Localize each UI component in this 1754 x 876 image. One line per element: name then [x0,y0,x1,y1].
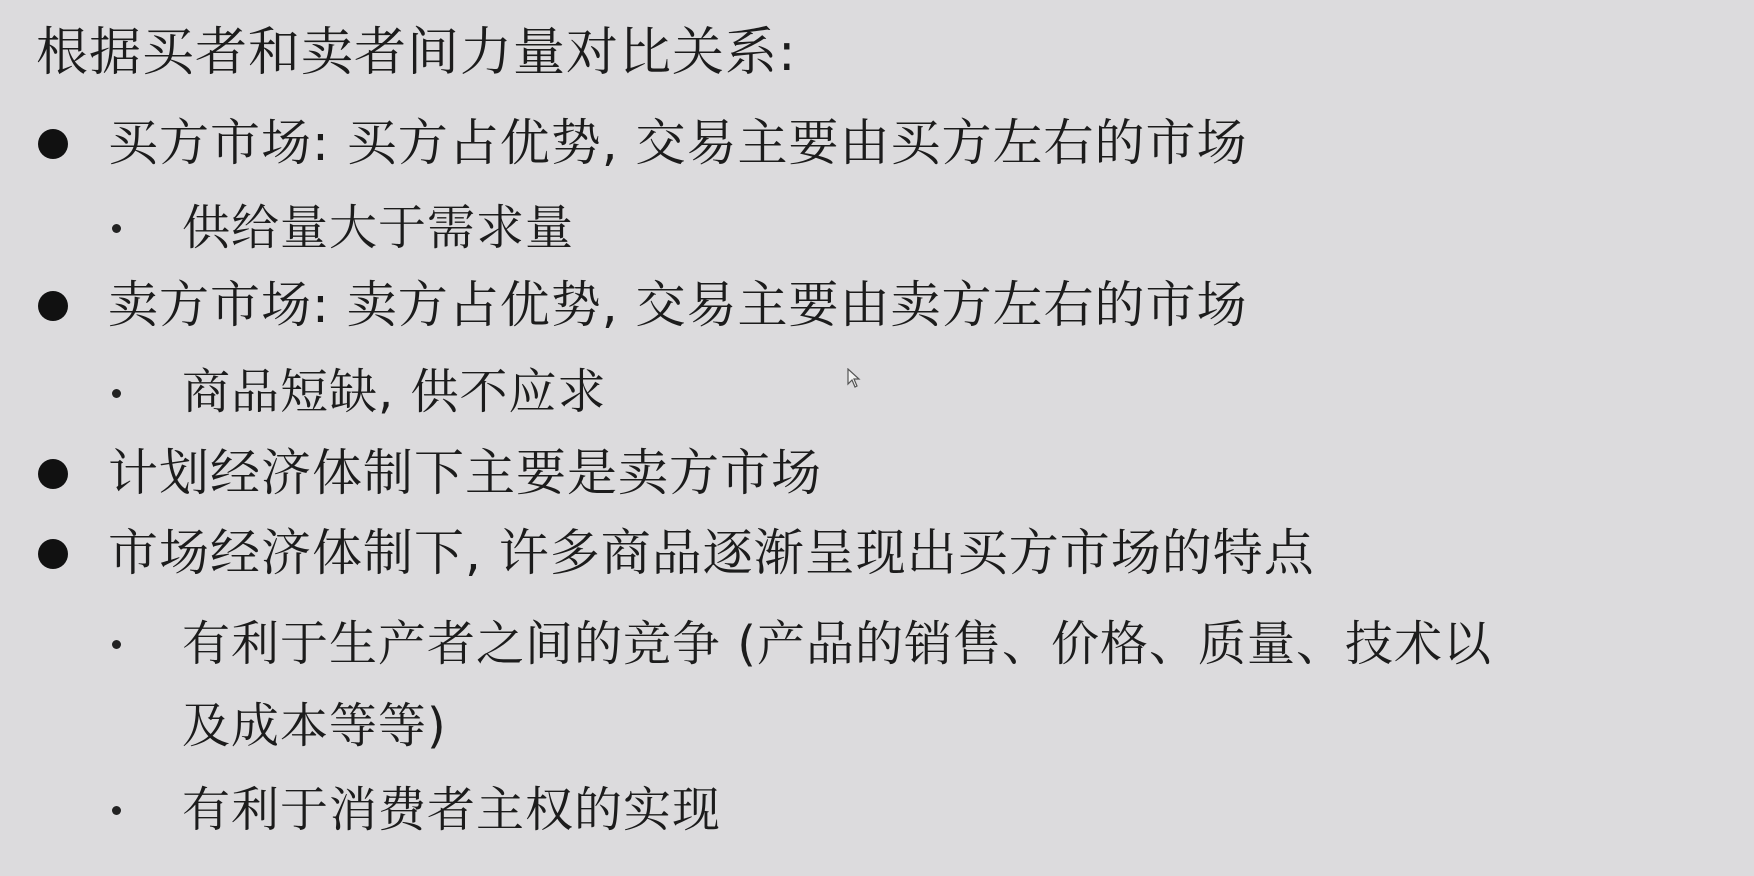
mouse-pointer-icon [847,368,861,388]
list-item: 计划经济体制下主要是卖方市场 [108,440,822,506]
sub-bullet-icon [112,806,121,815]
bullet-icon [38,459,68,489]
sub-list-item: 有利于生产者之间的竞争 (产品的销售、价格、质量、技术以 [182,612,1492,676]
sub-bullet-icon [112,640,121,649]
sub-bullet-icon [112,389,121,398]
list-item: 卖方市场: 卖方占优势, 交易主要由卖方左右的市场 [108,272,1248,338]
sub-list-item-continuation: 及成本等等) [182,694,447,758]
sub-bullet-icon [112,224,121,233]
slide-heading: 根据买者和卖者间力量对比关系: [36,18,797,88]
sub-list-item: 商品短缺, 供不应求 [182,360,607,424]
sub-list-item: 有利于消费者主权的实现 [182,778,721,842]
list-item: 市场经济体制下, 许多商品逐渐呈现出买方市场的特点 [108,520,1315,586]
list-item: 买方市场: 买方占优势, 交易主要由买方左右的市场 [108,110,1248,176]
bullet-icon [38,129,68,159]
sub-list-item: 供给量大于需求量 [182,196,574,260]
bullet-icon [38,539,68,569]
bullet-icon [38,291,68,321]
slide: 根据买者和卖者间力量对比关系: 买方市场: 买方占优势, 交易主要由买方左右的市… [0,0,1754,876]
